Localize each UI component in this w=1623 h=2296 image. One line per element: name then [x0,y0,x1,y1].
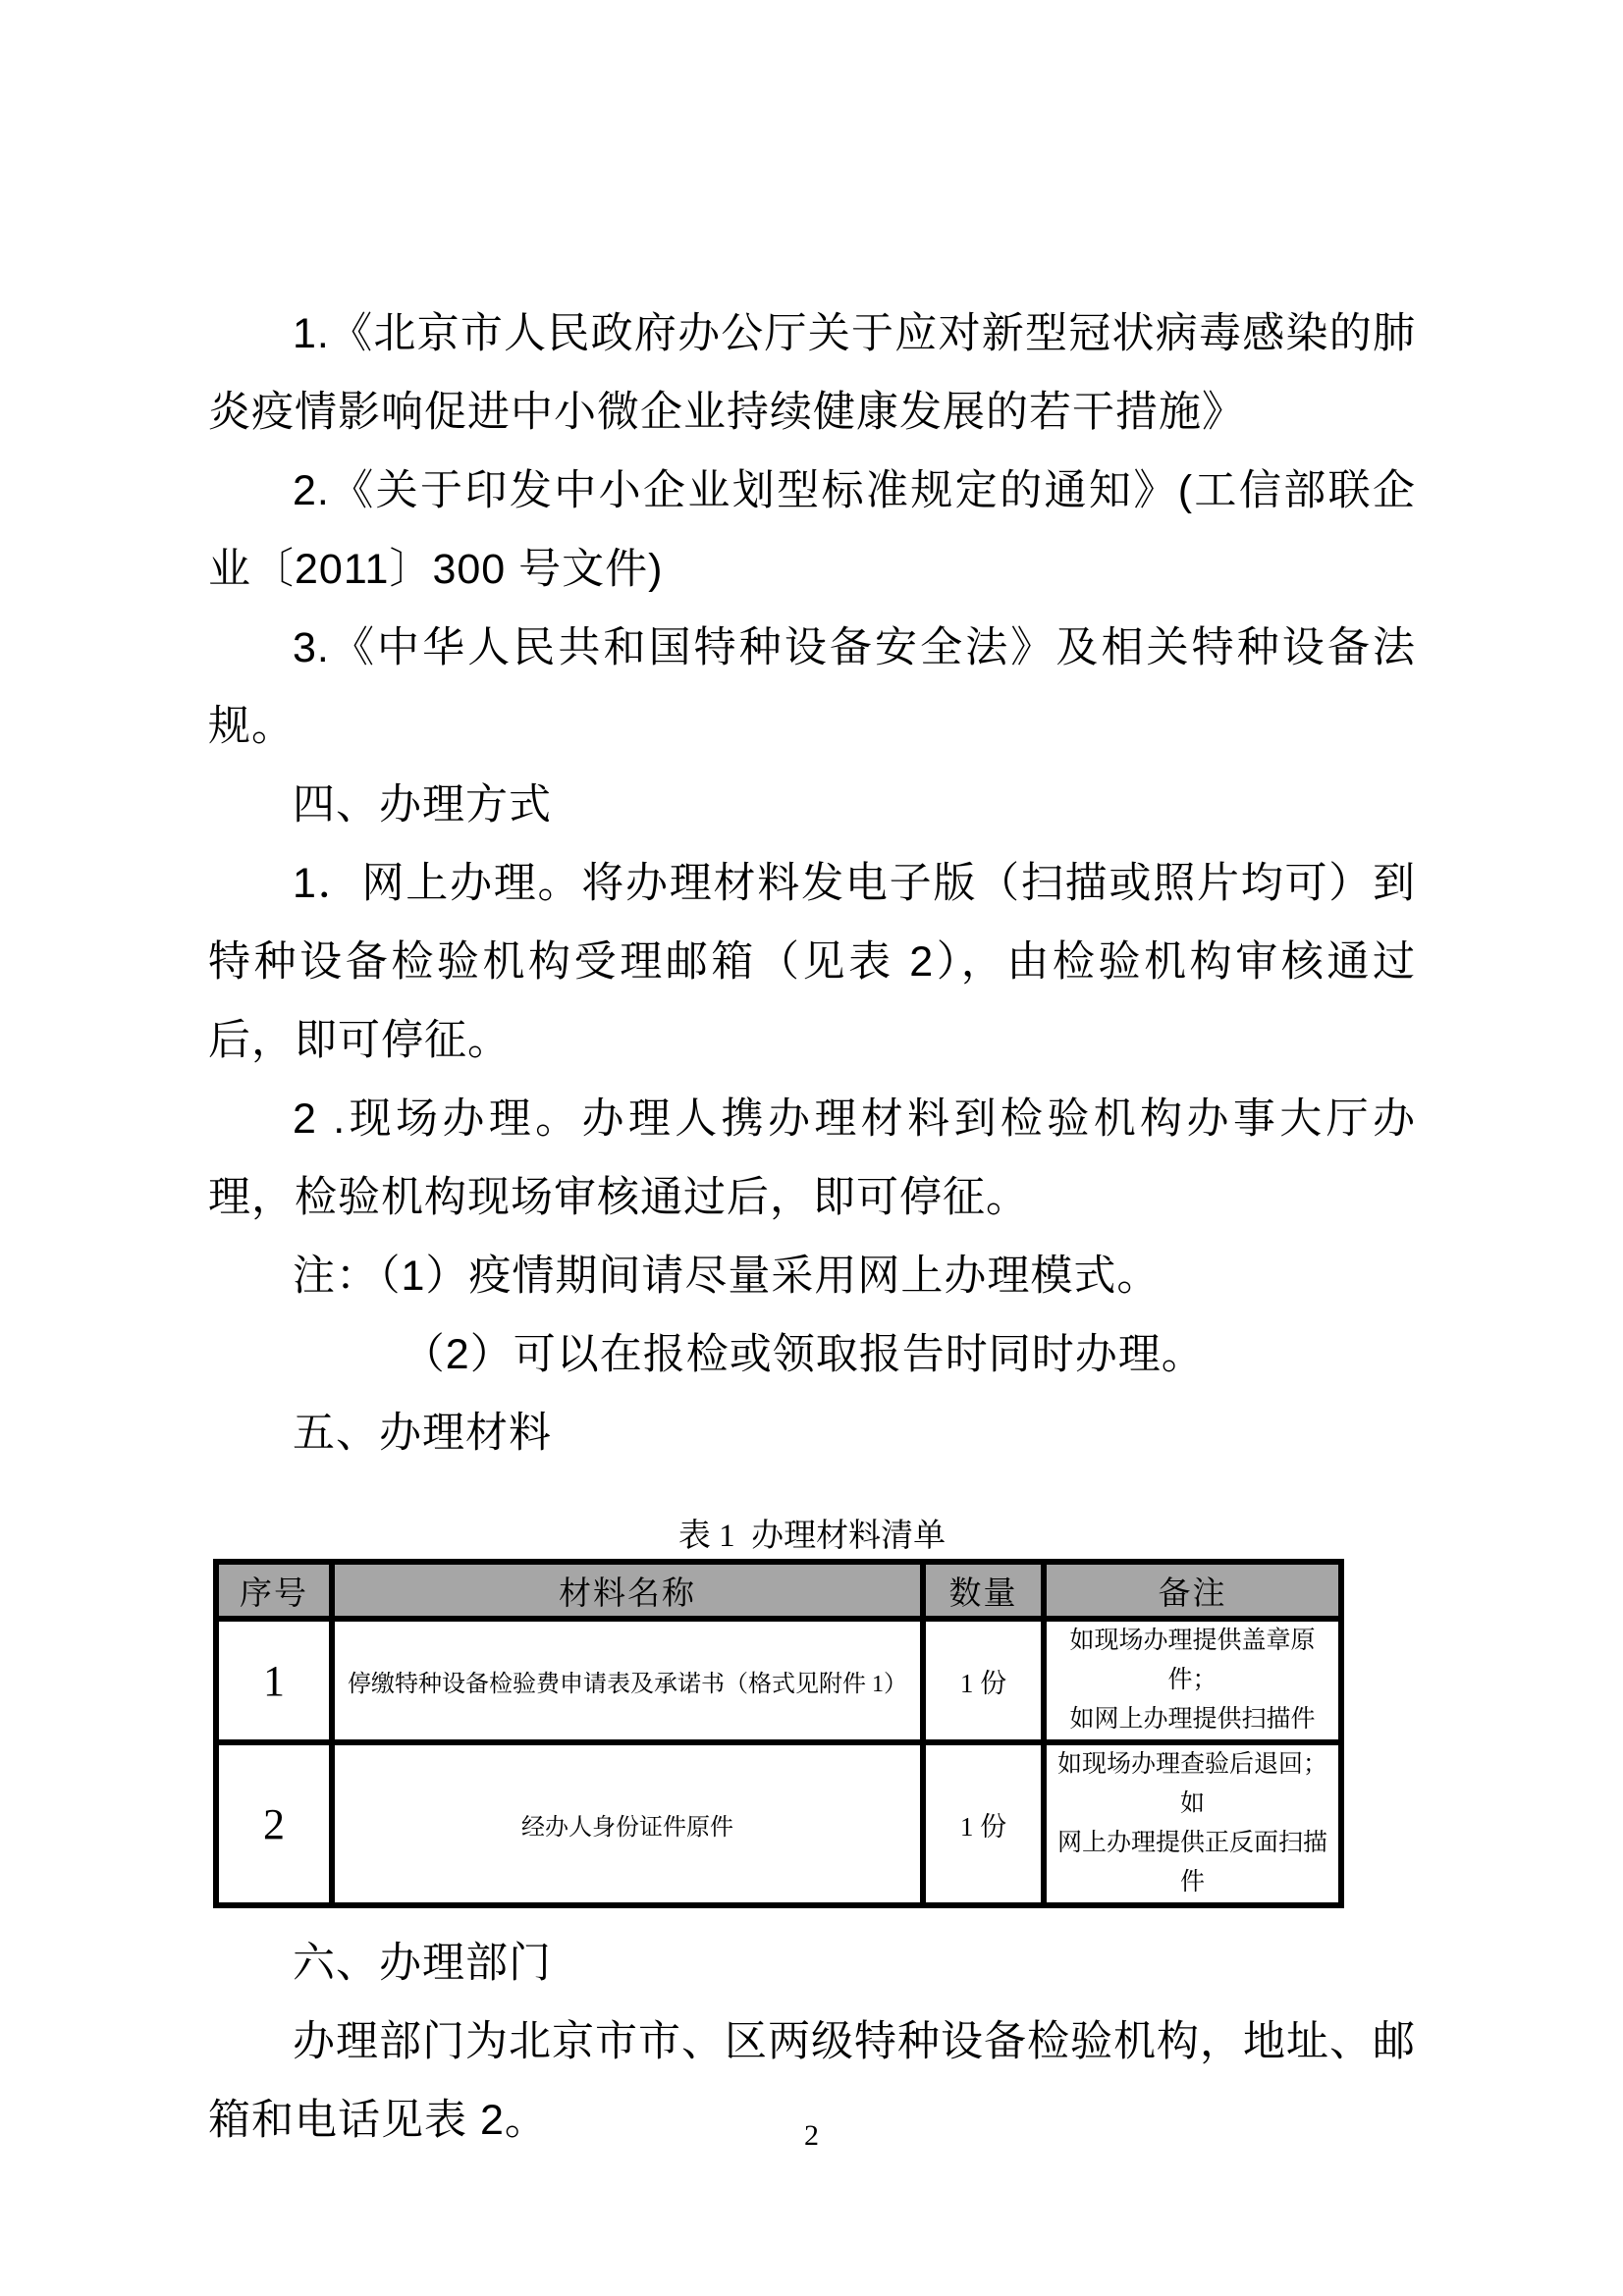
table-row: 2 经办人身份证件原件 1 份 如现场办理查验后退回；如 网上办理提供正反面扫描… [216,1742,1341,1905]
cell-qty-2: 1 份 [923,1742,1044,1905]
paragraph-online-method: 1．网上办理。将办理材料发电子版（扫描或照片均可）到特种设备检验机构受理邮箱（见… [208,844,1416,1080]
column-header-qty: 数量 [923,1562,1044,1619]
column-header-name: 材料名称 [332,1562,923,1619]
paragraph-reference-2: 2.《关于印发中小企业划型标准规定的通知》(工信部联企业〔2011〕300 号文… [208,452,1416,609]
cell-seq-2: 2 [216,1742,332,1905]
remark-line: 网上办理提供正反面扫描件 [1047,1824,1338,1902]
table-row: 1 停缴特种设备检验费申请表及承诺书（格式见附件 1） 1 份 如现场办理提供盖… [216,1619,1341,1742]
page-number: 2 [0,2118,1623,2154]
cell-remark-1: 如现场办理提供盖章原件； 如网上办理提供扫描件 [1044,1619,1341,1742]
materials-table-section: 表 1 办理材料清单 序号 材料名称 数量 备注 1 停缴特 [208,1516,1416,1908]
cell-qty-1: 1 份 [923,1619,1044,1742]
paragraph-note-2: （2）可以在报检或领取报告时同时办理。 [208,1315,1416,1394]
paragraph-onsite-method: 2 .现场办理。办理人携办理材料到检验机构办事大厅办理，检验机构现场审核通过后，… [208,1080,1416,1237]
paragraph-reference-1: 1.《北京市人民政府办公厅关于应对新型冠状病毒感染的肺炎疫情影响促进中小微企业持… [208,294,1416,452]
remark-line: 如网上办理提供扫描件 [1047,1700,1338,1739]
cell-name-1: 停缴特种设备检验费申请表及承诺书（格式见附件 1） [332,1619,923,1742]
section-heading-6: 六、办理部门 [208,1924,1416,2002]
table1-title: 表 1 办理材料清单 [208,1516,1416,1557]
cell-name-2: 经办人身份证件原件 [332,1742,923,1905]
materials-table-header: 序号 材料名称 数量 备注 [216,1562,1341,1619]
cell-remark-2: 如现场办理查验后退回；如 网上办理提供正反面扫描件 [1044,1742,1341,1905]
table-header-row: 序号 材料名称 数量 备注 [216,1562,1341,1619]
materials-table: 序号 材料名称 数量 备注 1 停缴特种设备检验费申请表及承诺书（格式见附件 1… [213,1559,1344,1908]
section-heading-4: 四、办理方式 [208,766,1416,844]
section-heading-5: 五、办理材料 [208,1394,1416,1472]
document-page: 1.《北京市人民政府办公厅关于应对新型冠状病毒感染的肺炎疫情影响促进中小微企业持… [0,0,1623,2296]
paragraph-reference-3: 3.《中华人民共和国特种设备安全法》及相关特种设备法规。 [208,609,1416,766]
remark-line: 如现场办理提供盖章原件； [1047,1622,1338,1700]
remark-line: 如现场办理查验后退回；如 [1047,1745,1338,1824]
cell-seq-1: 1 [216,1619,332,1742]
column-header-remark: 备注 [1044,1562,1341,1619]
paragraph-note-1: 注：（1）疫情期间请尽量采用网上办理模式。 [208,1237,1416,1315]
column-header-seq: 序号 [216,1562,332,1619]
document-body: 1.《北京市人民政府办公厅关于应对新型冠状病毒感染的肺炎疫情影响促进中小微企业持… [208,294,1416,2160]
